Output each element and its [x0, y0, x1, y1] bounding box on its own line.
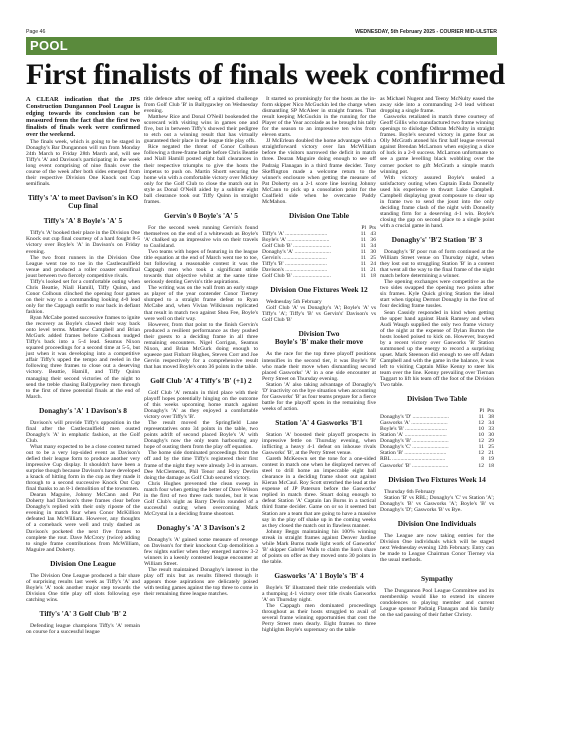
section-title: POOL: [30, 38, 68, 53]
page-number: Page 46: [26, 29, 45, 35]
paragraph: Station 'A' also taking advantage of Don…: [262, 382, 376, 412]
subheading: Division One Individuals: [380, 520, 494, 528]
paragraph: Gasworks retaliated in match three court…: [380, 114, 494, 174]
points-cell: 18: [366, 273, 376, 279]
paragraph: The Division One League produced a fair …: [26, 573, 140, 603]
paragraph: The two front runners in the Division On…: [26, 255, 140, 279]
paragraph: Tiffy's 'A' booked their place in the Di…: [26, 230, 140, 254]
subheading: Donaghy's' 'B'2 Station 'B' 3: [380, 236, 494, 244]
subheading: Division Two Fixtures Week 14: [380, 476, 494, 484]
paragraph: Davison's will provide Tiffy's oppositio…: [26, 420, 140, 444]
played-cell: 11: [356, 273, 366, 279]
paragraph: title defence after seeing off a spirite…: [144, 96, 258, 114]
paragraph: Ryan McCabe posted successive frames to …: [26, 315, 140, 400]
subheading: Tiffy's 'A' 3 Golf Club 'B' 2: [26, 610, 140, 618]
subheading: Boyle's 'B' make their move: [262, 338, 376, 346]
division-one-table: Pl Pts Tiffy's 'A' .....................…: [262, 225, 376, 279]
table-title: Division One Table: [262, 212, 376, 220]
paragraph: The opening exchanges were competitive a…: [380, 279, 494, 309]
paragraph: As the race for the top three playoff po…: [262, 351, 376, 381]
paragraph: as Michael Nugent and Teeny McNulty ease…: [380, 96, 494, 114]
paragraph: With victory assured Boyle's sealed a sa…: [380, 175, 494, 229]
paragraph: Sean Cassidy responded in kind when gett…: [380, 310, 494, 389]
subheading: Division One League: [26, 560, 140, 568]
paragraph: Station 'B' vs RBL; Donaghy's 'C' vs Sta…: [380, 495, 494, 513]
article-column-1: A CLEAR indication that the JPS Construc…: [26, 96, 140, 635]
division-two-table: Pl Pts Donaghy's 'D' ...................…: [380, 408, 494, 468]
paragraph: Defending league champions Tiffy's 'A' r…: [26, 623, 140, 635]
paragraph: Johnny Beggs maintaining his 100% winnin…: [262, 529, 376, 565]
played-cell: 12: [474, 463, 484, 469]
paragraph: The finals week, which is going to be st…: [26, 139, 140, 187]
paragraph: Dearan Maguire, Johnny McCann and Pat Do…: [26, 492, 140, 552]
paragraph: Two teams with hopes of featuring in the…: [144, 249, 258, 285]
article-column-3: It started so promisingly for the hosts …: [262, 96, 376, 633]
paragraph: Rice negated the threat of Conor Colhoun…: [144, 144, 258, 204]
paragraph: Donaghy's 'A' gained some measure of rev…: [144, 537, 258, 567]
paragraph: Boyle's 'B' illustrated their title cred…: [262, 585, 376, 603]
paragraph: The Dungannon Pool League Committee and …: [380, 588, 494, 618]
paragraph: The writing was on the wall from an earl…: [144, 285, 258, 321]
subheading: Tiffy's 'A' 8 Boyle's 'A' 5: [26, 217, 140, 225]
paragraph: Matthew Rice and Donal O'Neill bookended…: [144, 114, 258, 144]
points-cell: 18: [484, 463, 494, 469]
subheading: Division One Fixtures Week 12: [262, 286, 376, 294]
paragraph: What many expected to be a close contest…: [26, 444, 140, 492]
subheading: Golf Club 'A' 4 Tiffy's 'B' (+1) 2: [144, 377, 258, 385]
table-title: Division Two Table: [380, 395, 494, 403]
intro-paragraph: A CLEAR indication that the JPS Construc…: [26, 96, 140, 138]
dateline: WEDNESDAY, 5th February 2025 - COURIER M…: [355, 29, 497, 35]
paragraph: Golf Club 'A' vs Donaghy's 'A'; Boyle's …: [262, 305, 376, 323]
paragraph: The League are now taking entries for th…: [380, 533, 494, 563]
paragraph: The result maintained Donaghy's interest…: [144, 567, 258, 597]
paragraph: The result moved the Springfield Lane re…: [144, 420, 258, 450]
subheading: Tiffy's 'A' to meet Davison's in KO Cup …: [26, 194, 140, 210]
subheading: Sympathy: [380, 575, 494, 583]
subheading: Gervin's 0 Boyle's 'A' 5: [144, 212, 258, 220]
paragraph: Chris Hughes prevented the clean sweep i…: [144, 481, 258, 517]
subheading: Gasworks 'A' 1 Boyle's 'B' 4: [262, 572, 376, 580]
subheading: Donaghy's 'A' 3 Davison's 2: [144, 524, 258, 532]
subheading: Donaghy's 'A' 1 Davison's 8: [26, 407, 140, 415]
paragraph: Station 'A' boosted their playoff prospe…: [262, 432, 376, 456]
paragraph: Golf Club 'A' remain in third place with…: [144, 390, 258, 420]
headline: First finalists of finals week confirmed: [26, 58, 497, 92]
paragraph: The Cappagh men dominated proceedings th…: [262, 603, 376, 633]
table-row: Gasworks' 'B' ..........................…: [380, 463, 494, 469]
paragraph: It started so promisingly for the hosts …: [262, 96, 376, 138]
paragraph: Gareth McKeown set the tone for a one-si…: [262, 456, 376, 529]
paragraph: The home side dominated proceedings from…: [144, 450, 258, 480]
paragraph: Donaghy's 'B' poor run of form continued…: [380, 249, 494, 279]
article-column-2: title defence after seeing off a spirite…: [144, 96, 258, 597]
article-column-4: as Michael Nugent and Teeny McNulty ease…: [380, 96, 494, 618]
paragraph: For the second week running Gervin's fou…: [144, 225, 258, 249]
paragraph: However, from that point to the finish G…: [144, 322, 258, 370]
paragraph: JJ McErlean doubled the home advantage w…: [262, 138, 376, 205]
subheading: Station 'A' 4 Gasworks 'B'1: [262, 419, 376, 427]
team-name: Golf Club 'B': [262, 273, 292, 279]
team-name: Gasworks' 'B': [380, 463, 411, 469]
paragraph: Tiffy's looked set for a comfortable out…: [26, 279, 140, 315]
table-row: Golf Club 'B' ..........................…: [262, 273, 376, 279]
section-banner: POOL: [26, 37, 497, 55]
